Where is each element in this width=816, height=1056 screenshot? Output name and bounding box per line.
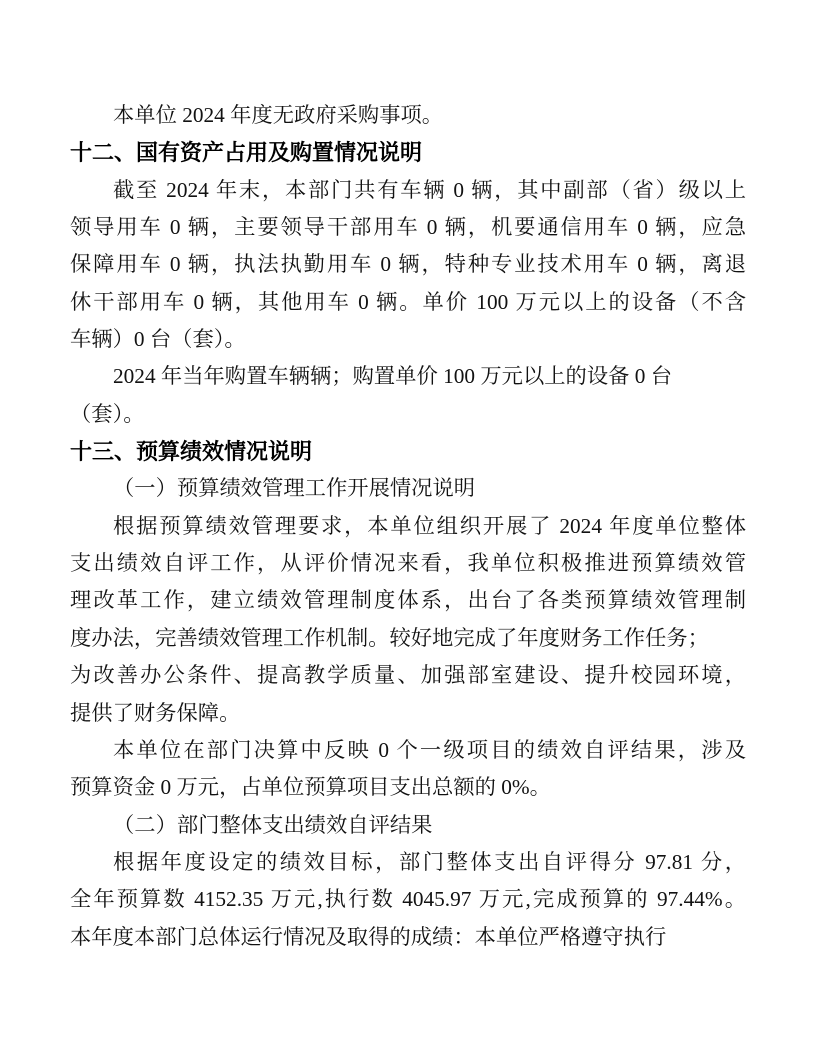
paragraph-line: 支出绩效自评工作，从评价情况来看，我单位积极推进预算绩效管	[70, 545, 746, 582]
paragraph-line: 休干部用车 0 辆，其他用车 0 辆。单价 100 万元以上的设备（不含	[70, 284, 746, 321]
paragraph-line: 全年预算数 4152.35 万元,执行数 4045.97 万元,完成预算的 97…	[70, 881, 746, 918]
paragraph-line: 保障用车 0 辆，执法执勤用车 0 辆，特种专业技术用车 0 辆，离退	[70, 246, 746, 283]
paragraph-line: 2024 年当年购置车辆辆；购置单价 100 万元以上的设备 0 台	[70, 358, 746, 395]
paragraph-line: 为改善办公条件、提高教学质量、加强部室建设、提升校园环境，	[70, 657, 746, 694]
document-page: 本单位 2024 年度无政府采购事项。 十二、国有资产占用及购置情况说明 截至 …	[0, 0, 816, 1056]
paragraph-line: 理改革工作，建立绩效管理制度体系，出台了各类预算绩效管理制	[70, 582, 746, 619]
paragraph-line: （套）。	[70, 396, 746, 433]
section-heading-13: 十三、预算绩效情况说明	[70, 433, 746, 470]
subsection-heading-2: （二）部门整体支出绩效自评结果	[70, 807, 746, 844]
subsection-heading-1: （一）预算绩效管理工作开展情况说明	[70, 470, 746, 507]
paragraph-line: 提供了财务保障。	[70, 695, 746, 732]
paragraph-line: 本年度本部门总体运行情况及取得的成绩：本单位严格遵守执行	[70, 919, 746, 956]
paragraph-line: 根据预算绩效管理要求，本单位组织开展了 2024 年度单位整体	[70, 508, 746, 545]
paragraph-line: 领导用车 0 辆，主要领导干部用车 0 辆，机要通信用车 0 辆，应急	[70, 209, 746, 246]
section-heading-12: 十二、国有资产占用及购置情况说明	[70, 134, 746, 171]
paragraph-line: 预算资金 0 万元，占单位预算项目支出总额的 0%。	[70, 769, 746, 806]
paragraph-line: 本单位在部门决算中反映 0 个一级项目的绩效自评结果，涉及	[70, 732, 746, 769]
paragraph-line: 车辆）0 台（套）。	[70, 321, 746, 358]
paragraph-line: 本单位 2024 年度无政府采购事项。	[70, 97, 746, 134]
paragraph-line: 截至 2024 年末，本部门共有车辆 0 辆，其中副部（省）级以上	[70, 172, 746, 209]
paragraph-line: 度办法，完善绩效管理工作机制。较好地完成了年度财务工作任务；	[70, 620, 746, 657]
paragraph-line: 根据年度设定的绩效目标，部门整体支出自评得分 97.81 分，	[70, 844, 746, 881]
document-body: 本单位 2024 年度无政府采购事项。 十二、国有资产占用及购置情况说明 截至 …	[0, 0, 816, 956]
